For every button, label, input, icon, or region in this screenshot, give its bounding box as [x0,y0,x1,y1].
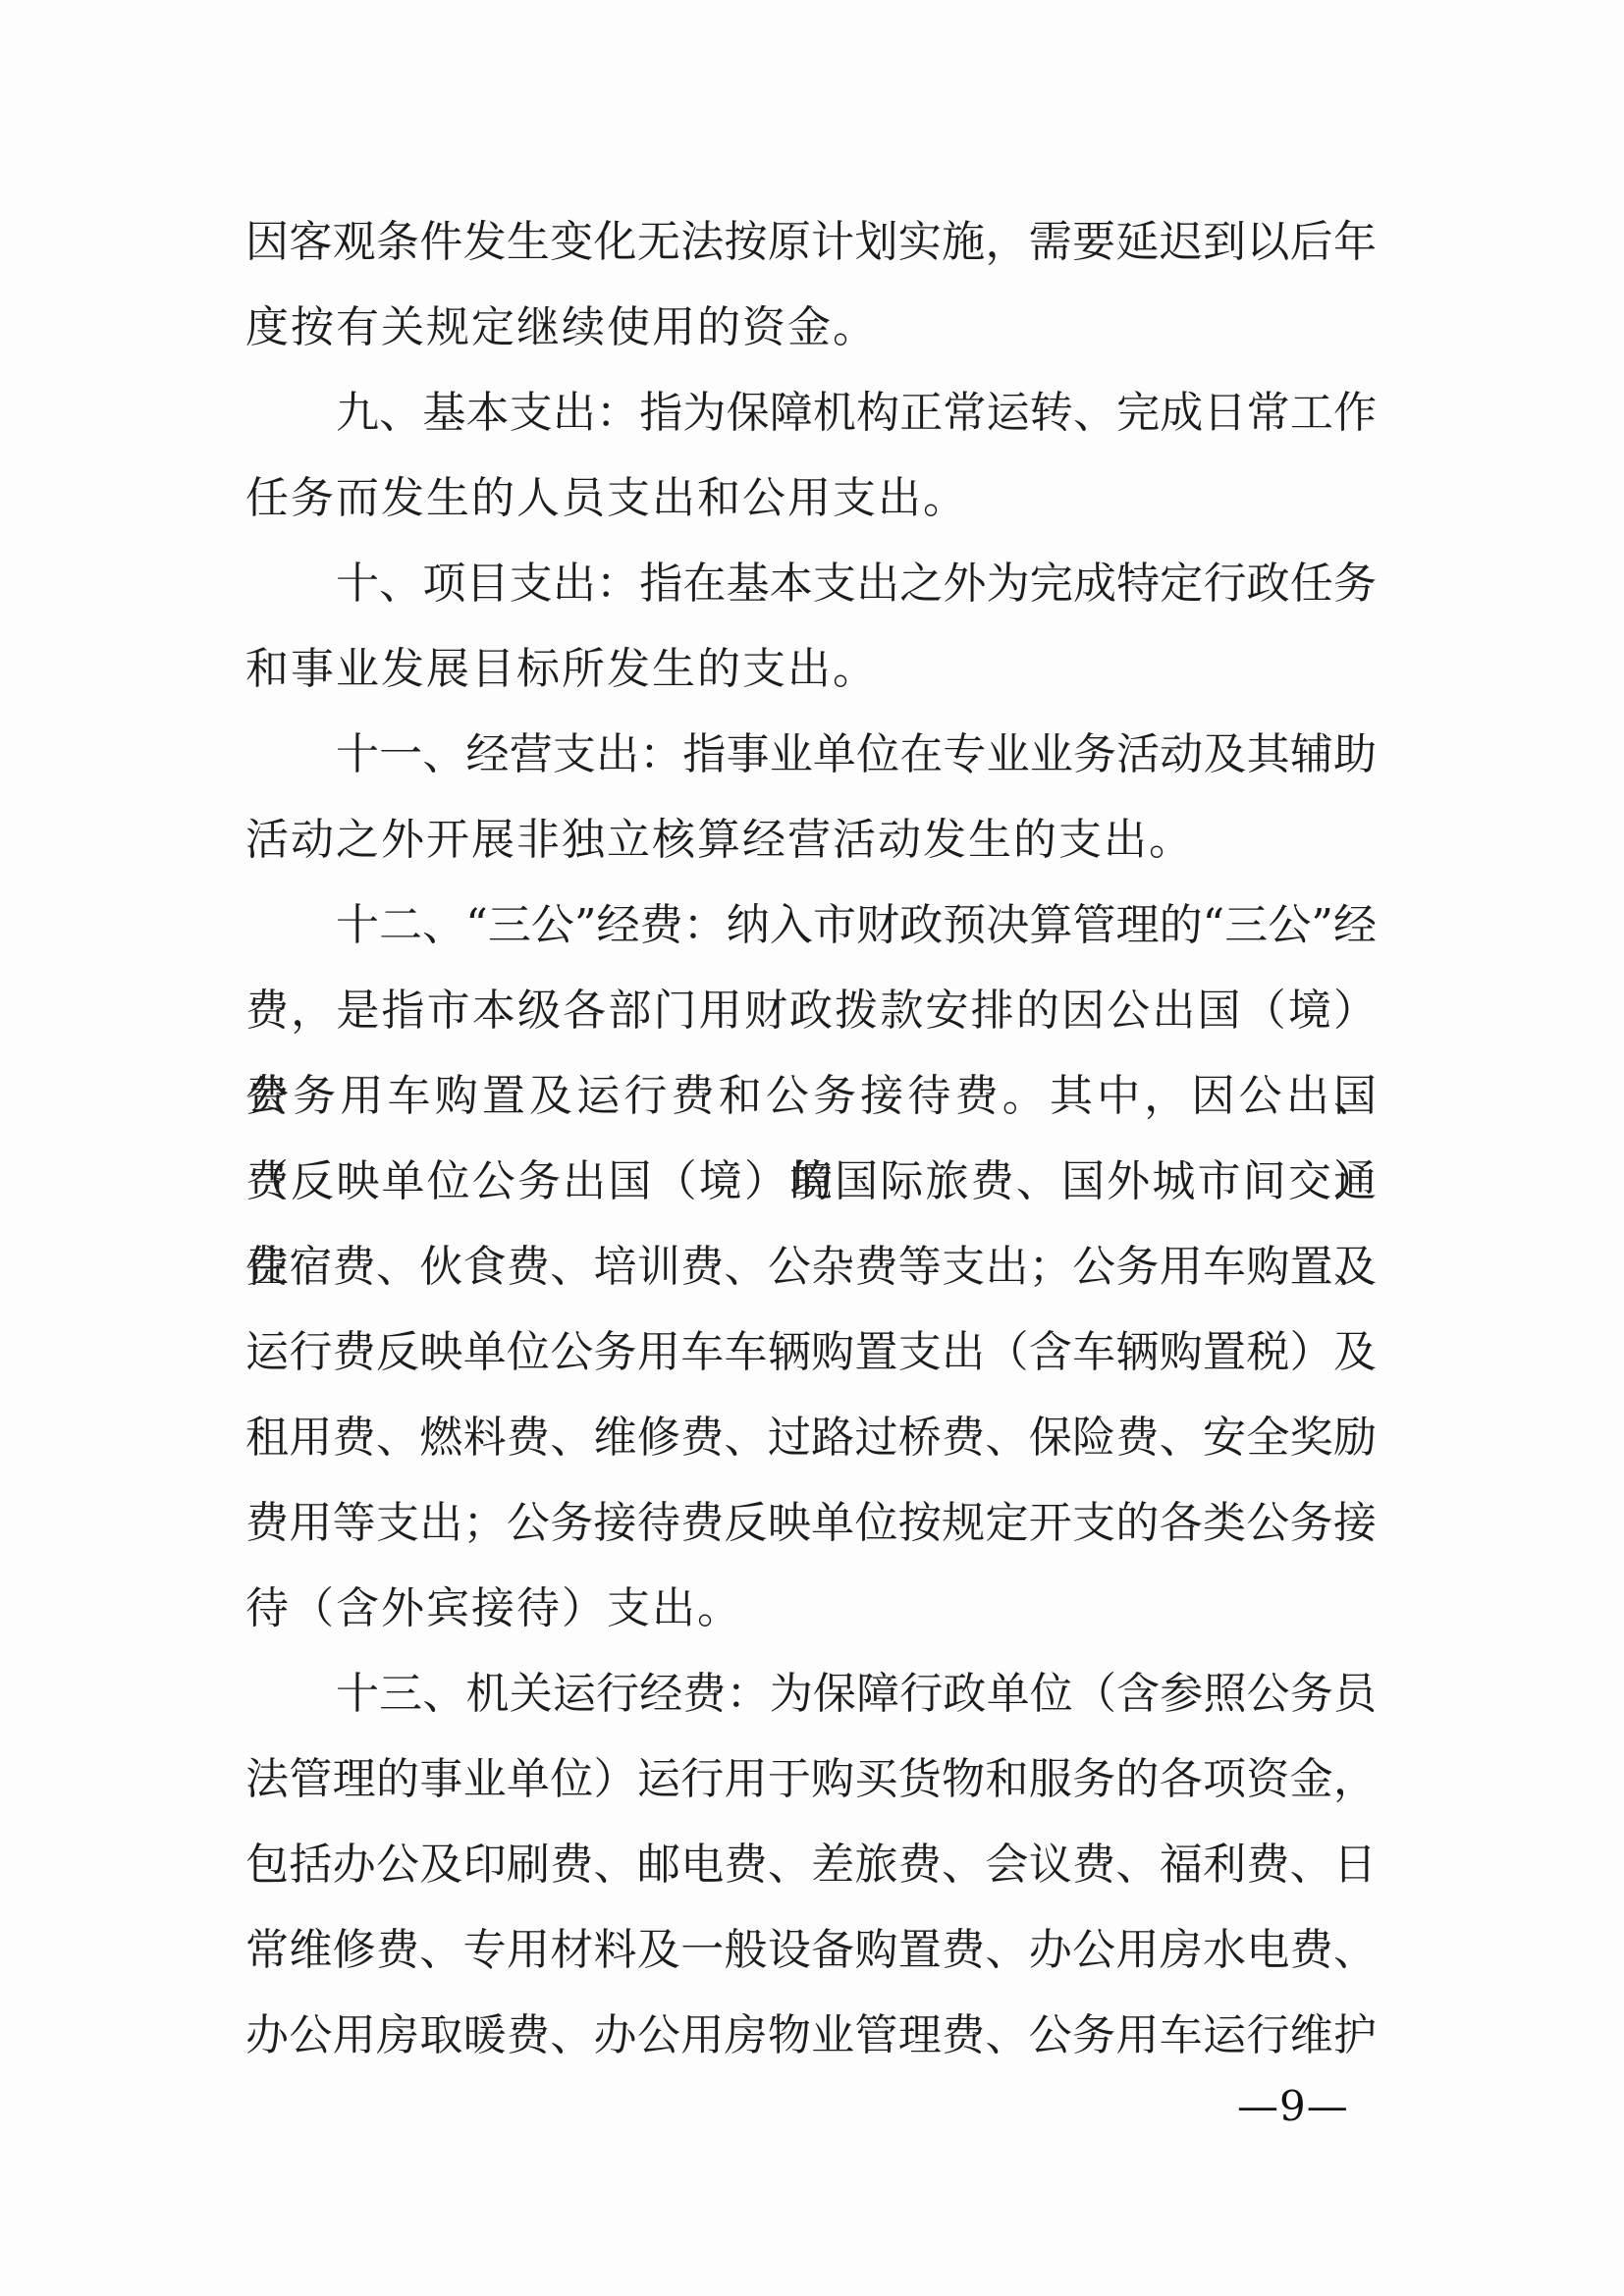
text-line: 费用等支出；公务接待费反映单位按规定开支的各类公务接 [245,1480,1377,1566]
text-line: 任务而发生的人员支出和公用支出。 [245,455,1377,541]
text-line: 十二、“三公”经费：纳入市财政预决算管理的“三公”经 [245,882,1377,968]
text-line: 待（含外宾接待）支出。 [245,1566,1377,1651]
text-line: 九、基本支出：指为保障机构正常运转、完成日常工作 [245,370,1377,455]
document-page: 因客观条件发生变化无法按原计划实施，需要延迟到以后年 度按有关规定继续使用的资金… [0,0,1624,2296]
text-line: 法管理的事业单位）运行用于购买货物和服务的各项资金， [245,1736,1377,1822]
text-line: 租用费、燃料费、维修费、过路过桥费、保险费、安全奖励 [245,1395,1377,1480]
text-line: 和事业发展目标所发生的支出。 [245,626,1377,712]
text-line: 公务用车购置及运行费和公务接待费。其中，因公出国（境） [245,1053,1377,1139]
text-line: 十三、机关运行经费：为保障行政单位（含参照公务员 [245,1651,1377,1736]
text-line: 十一、经营支出：指事业单位在专业业务活动及其辅助 [245,712,1377,797]
text-line: 度按有关规定继续使用的资金。 [245,285,1377,370]
text-line: 费，是指市本级各部门用财政拨款安排的因公出国（境）费、 [245,968,1377,1053]
text-line: 办公用房取暖费、办公用房物业管理费、公务用车运行维护 [245,1993,1377,2078]
text-line: 因客观条件发生变化无法按原计划实施，需要延迟到以后年 [245,199,1377,285]
text-line: 包括办公及印刷费、邮电费、差旅费、会议费、福利费、日 [245,1822,1377,1907]
text-line: 十、项目支出：指在基本支出之外为完成特定行政任务 [245,541,1377,626]
page-number: —9— [1237,2082,1355,2131]
text-line: 住宿费、伙食费、培训费、公杂费等支出；公务用车购置及 [245,1224,1377,1309]
text-line: 运行费反映单位公务用车车辆购置支出（含车辆购置税）及 [245,1309,1377,1395]
text-line: 费反映单位公务出国（境）的国际旅费、国外城市间交通费、 [245,1139,1377,1224]
text-line: 活动之外开展非独立核算经营活动发生的支出。 [245,797,1377,882]
document-body: 因客观条件发生变化无法按原计划实施，需要延迟到以后年 度按有关规定继续使用的资金… [245,199,1377,2078]
text-line: 常维修费、专用材料及一般设备购置费、办公用房水电费、 [245,1907,1377,1993]
